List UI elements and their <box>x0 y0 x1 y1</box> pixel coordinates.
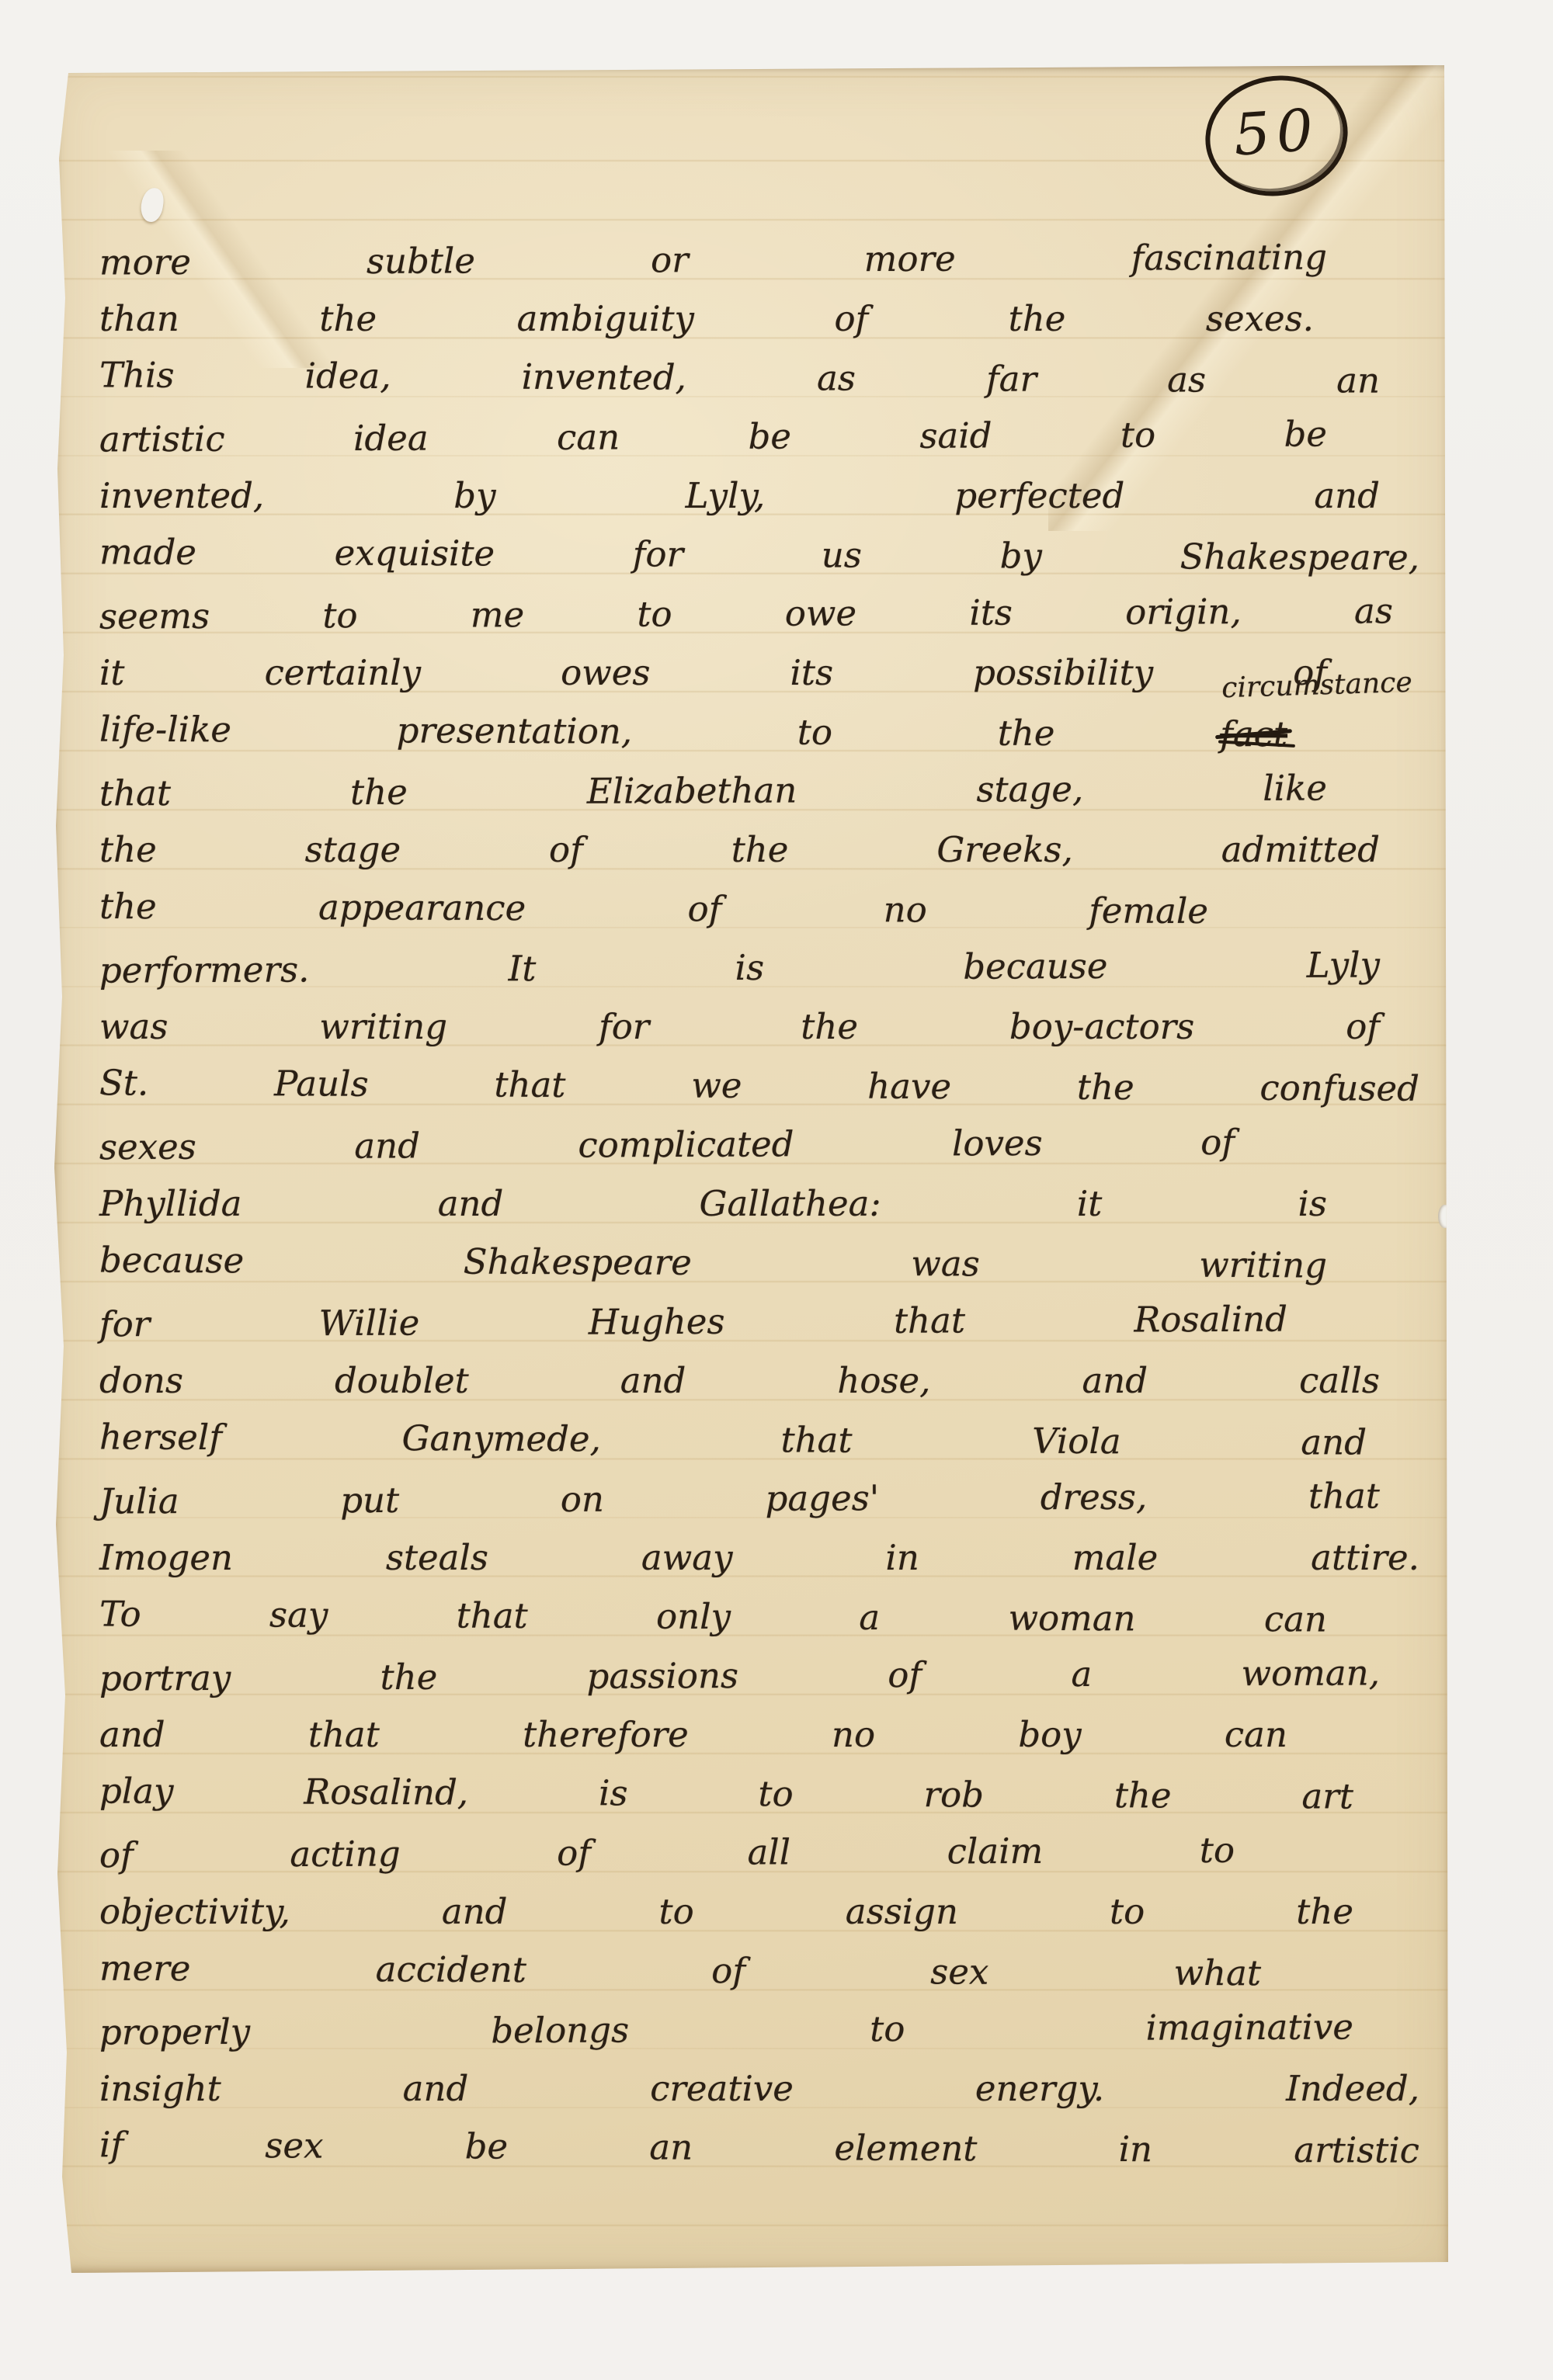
handwritten-word: it <box>99 646 124 700</box>
handwritten-word: subtle <box>367 234 475 289</box>
handwritten-word: the <box>319 292 377 346</box>
handwritten-word: that <box>99 766 171 821</box>
handwritten-word: because <box>99 1233 244 1289</box>
handwritten-word: appearance <box>318 880 526 935</box>
manuscript-line: Tosaythatonlyawomancan <box>99 1587 1327 1652</box>
manuscript-line: thattheElizabethanstage,like <box>99 762 1327 826</box>
handwritten-word: that <box>308 1708 380 1762</box>
handwritten-word: certainly <box>265 646 421 700</box>
manuscript-lines: moresubtleormorefascinatingthantheambigu… <box>99 233 1419 2180</box>
handwritten-word: attire. <box>1311 1531 1419 1585</box>
handwritten-word: idea, <box>304 349 391 404</box>
handwritten-word: and <box>1314 469 1380 523</box>
handwritten-word: Julia <box>99 1474 179 1528</box>
handwritten-word: doublet <box>335 1354 469 1408</box>
handwritten-word: an <box>649 2120 693 2174</box>
handwritten-word: owe <box>785 586 857 640</box>
handwritten-word: origin, <box>1125 585 1242 640</box>
handwritten-word: writing <box>319 1000 447 1054</box>
handwritten-word: and <box>354 1119 420 1173</box>
manuscript-line: moresubtleormorefascinating <box>99 231 1327 295</box>
handwritten-word: by <box>1000 529 1043 583</box>
handwritten-word: seems <box>99 589 210 644</box>
handwritten-word: to <box>870 2002 905 2056</box>
handwritten-word: more <box>99 235 191 290</box>
handwritten-word: imaginative <box>1145 2000 1353 2055</box>
handwritten-word: Elizabethan <box>587 764 797 819</box>
manuscript-line: life-likepresentation,tothefactcircumsta… <box>99 703 1287 767</box>
handwritten-word: away <box>641 1531 733 1585</box>
handwritten-word: admitted <box>1221 823 1380 877</box>
handwritten-word: far <box>986 352 1037 406</box>
handwritten-word: is <box>599 1766 628 1820</box>
handwritten-word: of <box>557 1826 591 1880</box>
handwritten-word: life-like <box>99 703 231 758</box>
handwritten-word: that <box>894 1293 965 1348</box>
handwritten-word: portray <box>99 1651 231 1706</box>
handwritten-word: boy <box>1018 1708 1081 1762</box>
handwritten-word: it <box>1077 1177 1102 1231</box>
handwritten-word: if <box>99 2118 123 2172</box>
handwritten-word: more <box>864 232 956 287</box>
handwritten-word: sexes. <box>1206 292 1314 346</box>
handwritten-word: as <box>1167 352 1206 407</box>
handwritten-word: woman <box>1008 1591 1135 1646</box>
handwritten-word: that <box>457 1589 528 1643</box>
handwritten-word: woman, <box>1241 1646 1380 1701</box>
handwritten-word: owes <box>561 646 650 700</box>
handwritten-word: of <box>687 882 721 936</box>
handwritten-word: was <box>911 1237 980 1291</box>
handwritten-word: play <box>99 1764 174 1818</box>
handwritten-word: what <box>1173 1946 1261 2000</box>
handwritten-word: artistic <box>1294 2123 1419 2178</box>
manuscript-line: becauseShakespearewaswriting <box>99 1233 1327 1298</box>
handwritten-word: and <box>442 1885 508 1939</box>
handwritten-word: have <box>867 1060 951 1114</box>
manuscript-line: playRosalind,istorobtheart <box>99 1764 1353 1828</box>
handwritten-word: on <box>561 1473 604 1527</box>
handwritten-word: boy-actors <box>1009 1000 1194 1054</box>
handwritten-word: the <box>1114 1768 1172 1823</box>
handwritten-word: passions <box>586 1649 738 1704</box>
handwritten-word: a <box>859 1591 880 1645</box>
handwritten-word: its <box>790 646 834 700</box>
handwritten-word: and <box>403 2062 469 2116</box>
handwritten-word: acting <box>290 1827 401 1882</box>
handwritten-word: Lyly, <box>686 469 766 523</box>
manuscript-line: mereaccidentofsexwhat <box>99 1941 1261 2006</box>
manuscript-line: madeexquisiteforusbyShakespeare, <box>99 525 1419 589</box>
handwritten-word: creative <box>650 2062 794 2116</box>
handwritten-word: us <box>822 528 862 582</box>
handwritten-word: can <box>1225 1708 1287 1762</box>
manuscript-line: objectivity,andtoassigntothe <box>99 1885 1353 1944</box>
handwritten-word: of <box>888 1648 922 1702</box>
handwritten-word: no <box>832 1708 875 1762</box>
handwritten-word: idea <box>353 411 429 466</box>
handwritten-word: is <box>735 941 764 995</box>
handwritten-word: therefore <box>523 1708 689 1762</box>
manuscript-line: forWillieHughesthatRosalind <box>99 1292 1287 1357</box>
inserted-word: circumstance <box>1221 669 1412 703</box>
manuscript-line: thestageoftheGreeks,admitted <box>99 823 1380 882</box>
handwritten-word: loves <box>952 1116 1043 1171</box>
handwritten-word: Viola <box>1032 1414 1121 1469</box>
handwritten-word: female <box>1089 883 1208 938</box>
handwritten-word: properly <box>99 2005 250 2060</box>
handwritten-word: of <box>711 1944 745 1998</box>
handwritten-word: and <box>99 1708 165 1762</box>
handwritten-word: fascinating <box>1131 231 1328 286</box>
handwritten-word: me <box>471 588 525 642</box>
handwritten-word: or <box>651 233 689 287</box>
handwritten-word: dress, <box>1041 1470 1148 1525</box>
handwritten-word: Rosalind <box>1134 1292 1287 1348</box>
manuscript-line: artisticideacanbesaidtobe <box>99 408 1327 472</box>
manuscript-line: properlybelongstoimaginative <box>99 2000 1353 2064</box>
manuscript-line: Juliaputonpages'dress,that <box>99 1469 1380 1533</box>
handwritten-word: rob <box>923 1768 984 1822</box>
handwritten-word: the <box>731 823 789 877</box>
handwritten-word: belongs <box>491 2004 629 2059</box>
handwritten-word: artistic <box>99 412 225 467</box>
struck-word: fact <box>1220 707 1287 762</box>
handwritten-word: exquisite <box>335 526 495 581</box>
handwritten-word: of <box>99 1828 134 1882</box>
handwritten-word: the <box>99 823 157 877</box>
handwritten-word: Gallathea: <box>700 1177 881 1231</box>
handwritten-word: and <box>1082 1354 1148 1408</box>
handwritten-word: Willie <box>319 1296 420 1351</box>
manuscript-line: ofactingofallclaimto <box>99 1823 1235 1887</box>
manuscript-line: herselfGanymede,thatViolaand <box>99 1410 1367 1474</box>
handwritten-word: put <box>340 1473 399 1528</box>
handwritten-word: the <box>380 1650 437 1705</box>
handwritten-word: hose, <box>837 1354 930 1408</box>
handwritten-word: to <box>1200 1823 1235 1878</box>
handwritten-word: steals <box>386 1531 488 1585</box>
handwritten-word: Shakespeare, <box>1180 529 1420 585</box>
manuscript-line: performers.ItisbecauseLyly <box>99 938 1380 1002</box>
handwritten-word: was <box>99 1000 168 1054</box>
handwritten-word: can <box>557 411 620 465</box>
handwritten-word: This <box>99 348 175 402</box>
handwritten-word: the <box>99 879 157 934</box>
handwritten-word: only <box>656 1590 731 1644</box>
handwritten-word: herself <box>99 1410 222 1465</box>
handwritten-word: confused <box>1259 1061 1419 1116</box>
handwritten-word: say <box>269 1588 328 1643</box>
handwritten-word: a <box>1071 1647 1092 1702</box>
handwritten-word: Imogen <box>99 1531 233 1585</box>
handwritten-word: the <box>1009 292 1066 346</box>
manuscript-line: itcertainlyowesitspossibilityof <box>99 646 1327 705</box>
handwritten-word: to <box>1120 408 1155 463</box>
handwritten-word: Hughes <box>589 1295 725 1350</box>
handwritten-word: the <box>1077 1060 1134 1115</box>
handwritten-word: invented, <box>99 469 264 523</box>
handwritten-word: pages' <box>765 1471 879 1526</box>
handwritten-word: insight <box>99 2062 221 2116</box>
handwritten-word: the <box>350 765 408 820</box>
manuscript-line: waswritingfortheboy-actorsof <box>99 1000 1380 1059</box>
handwritten-word: Greeks, <box>936 823 1072 877</box>
handwritten-word: and <box>438 1177 504 1231</box>
handwritten-word: possibility <box>973 646 1153 700</box>
handwritten-word: by <box>453 469 495 523</box>
manuscript-line: andthatthereforenoboycan <box>99 1708 1287 1767</box>
scanner-background: 50 moresubtleormorefascinatingthantheamb… <box>0 0 1553 2380</box>
handwritten-word: Indeed, <box>1286 2062 1419 2116</box>
handwritten-word: Lyly <box>1306 938 1380 992</box>
handwritten-word: performers. <box>99 942 310 997</box>
handwritten-word: we <box>691 1059 742 1113</box>
handwritten-word: of <box>834 292 868 346</box>
handwritten-word: to <box>1110 1885 1145 1939</box>
paper-edge-notch <box>1438 1205 1451 1228</box>
handwritten-word: complicated <box>578 1117 794 1172</box>
handwritten-word: To <box>99 1587 141 1642</box>
manuscript-line: theappearanceofnofemale <box>99 879 1208 943</box>
handwritten-word: that <box>1308 1469 1380 1523</box>
handwritten-word: for <box>633 527 684 581</box>
handwritten-word: to <box>322 588 357 643</box>
handwritten-word: Shakespeare <box>464 1235 692 1290</box>
handwritten-word: as <box>817 351 856 405</box>
handwritten-word: than <box>99 292 179 346</box>
handwritten-word: Rosalind, <box>304 1765 468 1820</box>
handwritten-word: claim <box>947 1824 1044 1879</box>
manuscript-line: portraythepassionsofawoman, <box>99 1646 1380 1710</box>
handwritten-word: stage, <box>976 762 1083 817</box>
manuscript-line: seemstometooweitsorigin,as <box>99 584 1393 648</box>
manuscript-line: thantheambiguityofthesexes. <box>99 292 1314 351</box>
handwritten-word: sexes <box>99 1120 196 1175</box>
handwritten-word: that <box>494 1058 565 1112</box>
handwritten-word: to <box>637 587 672 641</box>
handwritten-word: is <box>1298 1177 1328 1231</box>
manuscript-line: PhyllidaandGallathea:itis <box>99 1177 1327 1236</box>
manuscript-page: 50 moresubtleormorefascinatingthantheamb… <box>54 65 1448 2273</box>
handwritten-word: element <box>834 2121 977 2176</box>
handwritten-word: made <box>99 525 196 580</box>
handwritten-word: male <box>1072 1531 1159 1585</box>
manuscript-line: Thisidea,invented,asfarasan <box>99 348 1380 412</box>
manuscript-line: Imogenstealsawayinmaleattire. <box>99 1531 1419 1590</box>
handwritten-word: of <box>1346 1000 1380 1054</box>
manuscript-line: donsdoubletandhose,andcalls <box>99 1354 1380 1413</box>
handwritten-word: like <box>1263 762 1327 816</box>
manuscript-line: ifsexbeanelementinartistic <box>99 2118 1419 2182</box>
handwritten-word: in <box>885 1531 919 1585</box>
handwritten-word: of <box>1200 1115 1235 1170</box>
handwritten-word: mere <box>99 1941 191 1997</box>
handwritten-word: and <box>620 1354 686 1408</box>
handwritten-word: its <box>969 586 1013 640</box>
handwritten-word: the <box>998 706 1055 761</box>
handwritten-word: invented, <box>522 350 687 405</box>
handwritten-word: perfected <box>954 469 1124 523</box>
page-number: 50 <box>1232 96 1322 168</box>
handwritten-word: said <box>919 408 992 463</box>
handwritten-word: St. <box>99 1056 149 1110</box>
handwritten-word: can <box>1264 1592 1327 1646</box>
handwritten-word: energy. <box>975 2062 1104 2116</box>
handwritten-word: to <box>659 1885 694 1939</box>
manuscript-line: sexesandcomplicatedlovesof <box>99 1115 1235 1179</box>
handwritten-word: as <box>1354 584 1393 638</box>
handwritten-word: for <box>99 1297 151 1351</box>
handwritten-word: for <box>599 1000 649 1054</box>
handwritten-word: stage <box>305 823 401 877</box>
handwritten-word: sex <box>930 1945 988 1999</box>
handwritten-word: the <box>801 1000 858 1054</box>
handwritten-word: of <box>549 823 583 877</box>
manuscript-line: insightandcreativeenergy.Indeed, <box>99 2062 1419 2121</box>
handwritten-word: Pauls <box>274 1056 369 1112</box>
handwritten-word: dons <box>99 1354 183 1408</box>
handwritten-word: accident <box>376 1942 526 1997</box>
handwritten-word: to <box>758 1767 793 1821</box>
handwritten-word: an <box>1336 353 1380 408</box>
handwritten-word: Ganymede, <box>401 1411 601 1466</box>
handwritten-word: be <box>465 2119 509 2174</box>
handwritten-word: ambiguity <box>517 292 694 346</box>
manuscript-line: invented,byLyly,perfectedand <box>99 469 1380 528</box>
manuscript-line: St.Paulsthatwehavetheconfused <box>99 1056 1419 1120</box>
handwritten-word: calls <box>1299 1354 1380 1408</box>
handwritten-word: be <box>748 410 791 464</box>
handwritten-word: art <box>1301 1769 1353 1823</box>
handwritten-word: the <box>1296 1885 1353 1939</box>
handwritten-word: and <box>1301 1415 1367 1469</box>
handwritten-word: to <box>797 706 832 760</box>
handwritten-word: presentation, <box>397 703 633 758</box>
handwritten-word: It <box>508 942 536 996</box>
handwritten-word: no <box>884 883 927 937</box>
handwritten-word: that <box>780 1413 852 1467</box>
handwritten-word: sex <box>265 2118 323 2173</box>
handwritten-word: Phyllida <box>99 1177 242 1231</box>
handwritten-word: because <box>963 939 1107 994</box>
handwritten-word: in <box>1119 2122 1153 2177</box>
handwritten-word: assign <box>846 1885 958 1939</box>
handwritten-word: be <box>1284 408 1327 462</box>
paper-tear-chip <box>139 186 165 223</box>
page-number-badge: 50 <box>1196 64 1357 207</box>
handwritten-word: objectivity, <box>99 1885 290 1939</box>
handwritten-word: all <box>747 1825 790 1879</box>
handwritten-word: writing <box>1199 1238 1327 1293</box>
